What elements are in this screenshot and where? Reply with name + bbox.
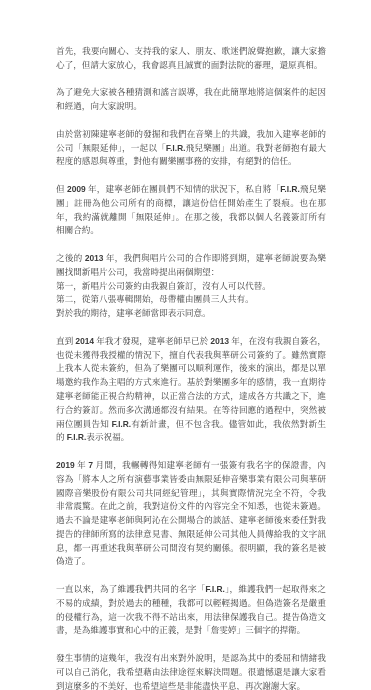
paragraph-purpose: 為了避免大家被各種猜測和謠言誤導，我在此簡單地將這個案件的起因和經過，向大家說明…	[56, 86, 326, 114]
paragraph-origin: 由於當初陳建寧老師的發掘和我們在音樂上的共識，我加入建寧老師的公司「無限延伸」，…	[56, 128, 326, 169]
paragraph-2009-trademark: 但 2009 年，建寧老師在團員們不知情的狀況下，私自將「F.I.R.飛兒樂團」…	[56, 183, 326, 238]
paragraph-line: 但 2009 年，建寧老師在團員們不知情的狀況下，私自將「F.I.R.飛兒樂團」…	[56, 183, 326, 238]
paragraph-line: 之後的 2013 年，我們與唱片公司的合作即將到期，建寧老師說要為樂團找間新唱片…	[56, 252, 326, 280]
paragraph-2013-expectations: 之後的 2013 年，我們與唱片公司的合作即將到期，建寧老師說要為樂團找間新唱片…	[56, 252, 326, 321]
paragraph-line: 第一，新唱片公司簽約由我親自簽訂，沒有人可以代替。	[56, 280, 326, 294]
paragraph-line: 2019 年 7 月間，我輾轉得知建寧老師有一張簽有我名字的保證書，內容為「將本…	[56, 459, 326, 569]
paragraph-line: 發生事情的這幾年，我沒有出來對外說明，是認為其中的委屈和情緒我可以自己消化，我希…	[56, 652, 326, 690]
paragraph-lawsuit-reason: 一直以來，為了維護我們共同的名字「F.I.R.」，維護我們一起取得來之不易的成績…	[56, 583, 326, 638]
statement-document: 首先，我要向關心、支持我的家人、朋友、歌迷們說聲抱歉，讓大家擔心了，但請大家放心…	[0, 0, 371, 690]
paragraph-2014-discovery: 直到 2014 年我才發現，建寧老師早已於 2013 年，在沒有我親自簽名，也從…	[56, 335, 326, 445]
paragraph-line: 對於我的期待，建寧老師當即表示同意。	[56, 307, 326, 321]
paragraph-line: 第二，從第八張專輯開始，母帶權由團員三人共有。	[56, 293, 326, 307]
paragraph-closing: 發生事情的這幾年，我沒有出來對外說明，是認為其中的委屈和情緒我可以自己消化，我希…	[56, 652, 326, 690]
paragraph-line: 直到 2014 年我才發現，建寧老師早已於 2013 年，在沒有我親自簽名，也從…	[56, 335, 326, 445]
paragraph-2019-guarantee: 2019 年 7 月間，我輾轉得知建寧老師有一張簽有我名字的保證書，內容為「將本…	[56, 459, 326, 569]
paragraph-line: 首先，我要向關心、支持我的家人、朋友、歌迷們說聲抱歉，讓大家擔心了，但請大家放心…	[56, 45, 326, 73]
paragraph-apology: 首先，我要向關心、支持我的家人、朋友、歌迷們說聲抱歉，讓大家擔心了，但請大家放心…	[56, 45, 326, 73]
paragraph-line: 一直以來，為了維護我們共同的名字「F.I.R.」，維護我們一起取得來之不易的成績…	[56, 583, 326, 638]
paragraph-line: 為了避免大家被各種猜測和謠言誤導，我在此簡單地將這個案件的起因和經過，向大家說明…	[56, 86, 326, 114]
paragraph-line: 由於當初陳建寧老師的發掘和我們在音樂上的共識，我加入建寧老師的公司「無限延伸」，…	[56, 128, 326, 169]
